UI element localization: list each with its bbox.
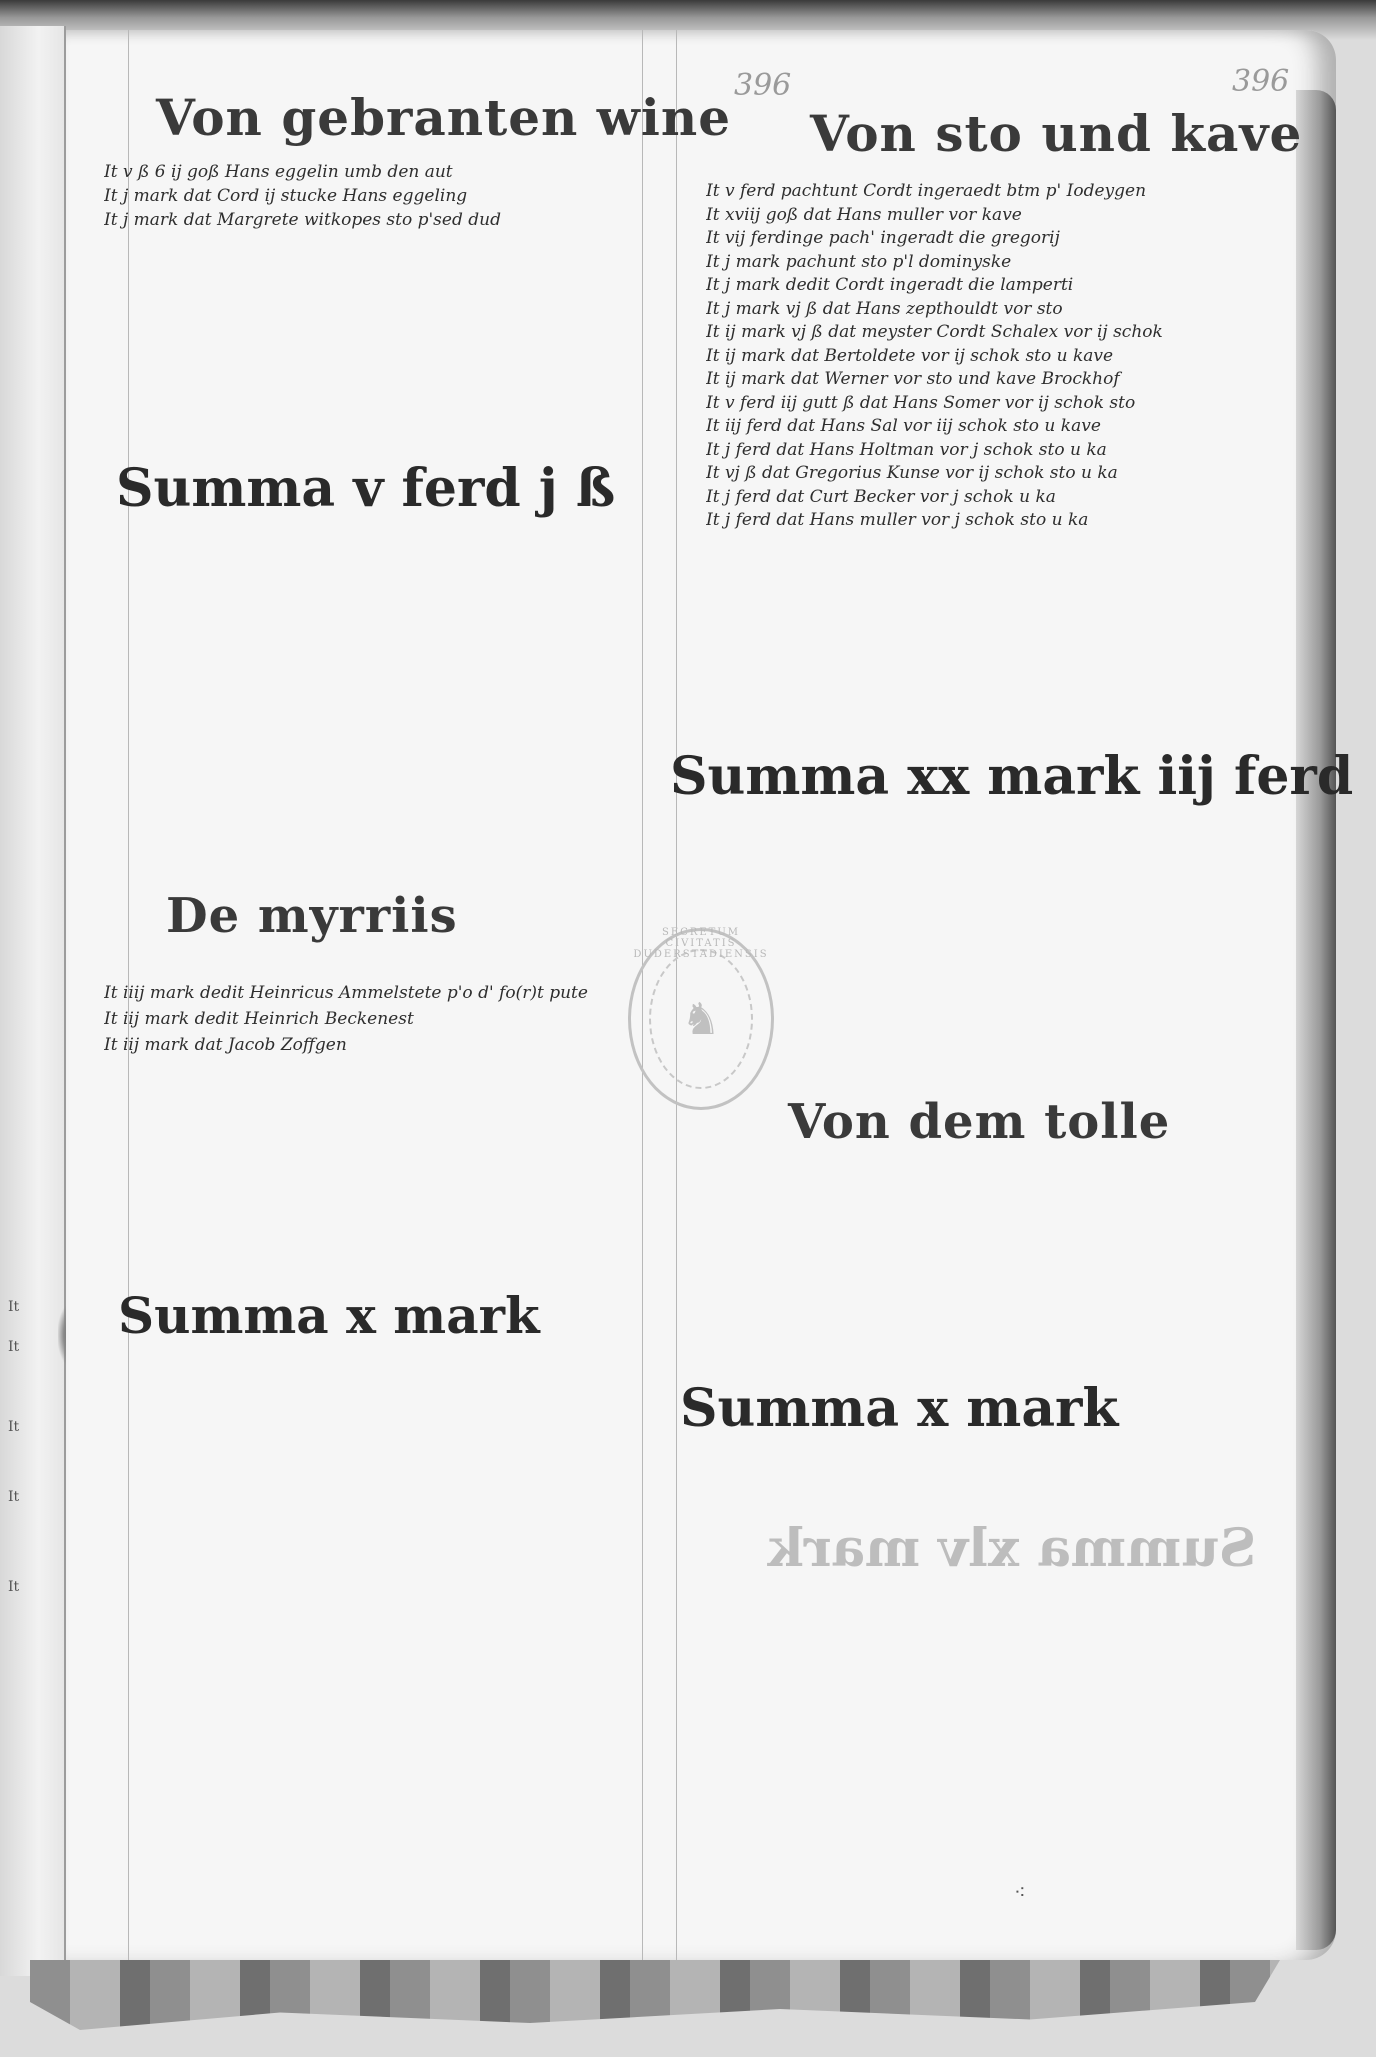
summa-total: Summa xx mark iij ferd — [670, 746, 1353, 807]
archive-seal-stamp: SECRETUM CIVITATIS DUDERSTADIENSIS ♞ — [628, 928, 774, 1110]
ledger-entry: It ij mark dat Bertoldete vor ij schok s… — [706, 345, 1326, 369]
ledger-entry: It v ß 6 ij goß Hans eggelin umb den aut — [104, 160, 644, 184]
ledger-entry: It j mark dat Cord ij stucke Hans eggeli… — [104, 184, 644, 208]
ink-speck: ⁖ — [1014, 1880, 1026, 1904]
margin-mark: It — [8, 1416, 48, 1438]
entry-list: It v ferd pachtunt Cordt ingeraedt btm p… — [706, 180, 1326, 533]
lion-rampant-icon: ♞ — [649, 949, 753, 1089]
ledger-entry: It v ferd iij gutt ß dat Hans Somer vor … — [706, 392, 1326, 416]
manuscript-scan: It It It It It 396 396 Von gebranten win… — [0, 0, 1376, 2057]
margin-mark: It — [8, 1486, 48, 1508]
ledger-entry: It vij ferdinge pach' ingeradt die grego… — [706, 227, 1326, 251]
summa-total: Summa x mark — [680, 1378, 1118, 1439]
ledger-entry: It j ferd dat Curt Becker vor j schok u … — [706, 486, 1326, 510]
ledger-entry: It ij mark vj ß dat meyster Cordt Schale… — [706, 321, 1326, 345]
margin-mark: It — [8, 1576, 48, 1598]
ledger-entry: It v ferd pachtunt Cordt ingeraedt btm p… — [706, 180, 1326, 204]
ledger-entry: It ij mark dat Werner vor sto und kave B… — [706, 368, 1326, 392]
margin-mark: It — [8, 1296, 48, 1318]
summa-total: Summa x mark — [118, 1286, 540, 1345]
section-heading: De myrriis — [166, 888, 458, 944]
bleed-through-text: Summa xlv mark — [768, 1518, 1256, 1579]
section-heading: Von sto und kave — [810, 104, 1302, 163]
ledger-entry: It iij ferd dat Hans Sal vor iij schok s… — [706, 415, 1326, 439]
folio-number: 396 — [1232, 64, 1289, 99]
folio-number-faint: 396 — [734, 68, 791, 103]
ledger-entry: It vj ß dat Gregorius Kunse vor ij schok… — [706, 462, 1326, 486]
ledger-entry: It j mark dat Margrete witkopes sto p'se… — [104, 208, 644, 232]
ledger-entry: It iij mark dedit Heinrich Beckenest — [104, 1006, 684, 1032]
section-heading: Von gebranten wine — [156, 88, 731, 147]
summa-total: Summa v ferd j ß — [116, 458, 615, 519]
entry-list: It v ß 6 ij goß Hans eggelin umb den aut… — [104, 160, 644, 232]
folio-page: 396 396 Von gebranten wine It v ß 6 ij g… — [66, 30, 1336, 1960]
margin-mark: It — [8, 1336, 48, 1358]
ledger-entry: It xviij goß dat Hans muller vor kave — [706, 204, 1326, 228]
previous-page-strip: It It It It It — [0, 26, 66, 1976]
ledger-entry: It j ferd dat Hans muller vor j schok st… — [706, 509, 1326, 533]
seal-inscription: SECRETUM CIVITATIS DUDERSTADIENSIS — [631, 927, 771, 960]
ledger-entry: It iiij mark dedit Heinricus Ammelstete … — [104, 980, 684, 1006]
torn-page-edges — [30, 1960, 1280, 2030]
ledger-entry: It j mark dedit Cordt ingeradt die lampe… — [706, 274, 1326, 298]
ledger-entry: It j mark pachunt sto p'l dominyske — [706, 251, 1326, 275]
ledger-entry: It j ferd dat Hans Holtman vor j schok s… — [706, 439, 1326, 463]
section-heading: Von dem tolle — [788, 1094, 1170, 1150]
ledger-entry: It j mark vj ß dat Hans zepthouldt vor s… — [706, 298, 1326, 322]
ledger-entry: It iij mark dat Jacob Zoffgen — [104, 1032, 684, 1058]
entry-list: It iiij mark dedit Heinricus Ammelstete … — [104, 980, 684, 1058]
